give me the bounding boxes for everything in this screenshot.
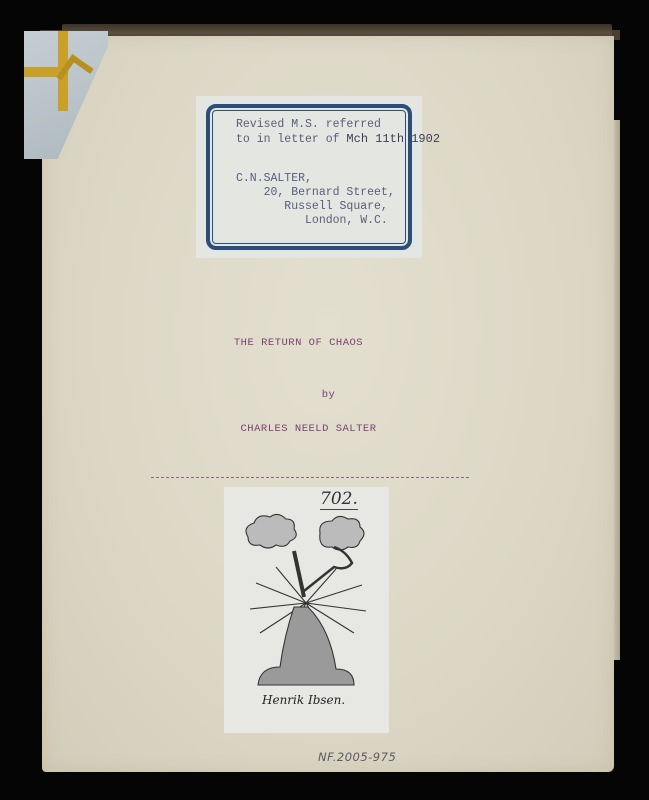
divider-line xyxy=(151,477,469,478)
address-line: London, W.C. xyxy=(236,214,388,227)
accession-number: NF.2005-975 xyxy=(318,750,396,764)
address-line: 20, Bernard Street, xyxy=(236,186,395,199)
label-note: Revised M.S. referred to in letter of Mc… xyxy=(236,118,440,147)
label-date: Mch 11th 1902 xyxy=(346,132,440,146)
bookplate: 702. Henrik Ibsen. xyxy=(224,487,389,733)
bookplate-illustration-icon xyxy=(234,511,379,691)
address-label: Revised M.S. referred to in letter of Mc… xyxy=(196,96,422,258)
byline: by xyxy=(4,389,649,401)
label-address: C.N.SALTER, 20, Bernard Street, Russell … xyxy=(236,172,395,228)
bookplate-signature: Henrik Ibsen. xyxy=(262,693,345,707)
address-line: C.N.SALTER, xyxy=(236,172,312,185)
author-name: CHARLES NEELD SALTER xyxy=(0,423,633,435)
label-line-1: Revised M.S. referred xyxy=(236,118,381,131)
address-line: Russell Square, xyxy=(236,200,388,213)
bookplate-number: 702. xyxy=(320,489,358,510)
label-line-2: to in letter of xyxy=(236,133,346,146)
document-title: THE RETURN OF CHAOS xyxy=(0,337,623,349)
